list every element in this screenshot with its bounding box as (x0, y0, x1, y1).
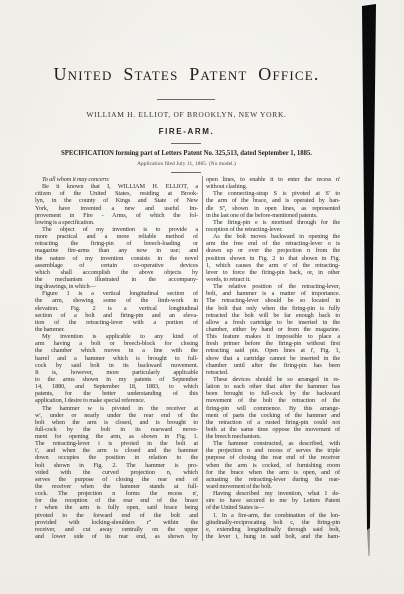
text-line: bolt shown in Fig. 2. The hammer is pro- (35, 462, 198, 469)
text-line: the projection n and recess n' serves th… (206, 447, 340, 454)
text-line: words, to retract it. (206, 276, 340, 283)
text-column-left: To all whom it may concern:Be it known t… (35, 176, 198, 541)
text-line: the hammer. (35, 326, 198, 333)
patent-document-page: United States Patent Office. WILLIAM H. … (0, 0, 404, 594)
text-line: 1, which causes the arm o' of the retrac… (206, 262, 340, 269)
text-line: for the brace when the arm is open, and … (206, 469, 340, 476)
text-line: purpose of closing the rear end of the r… (206, 454, 340, 461)
page-title: United States Patent Office. (35, 64, 338, 85)
text-line: lever to force the firing-pin back, or, … (206, 269, 340, 276)
text-line: York, have invented a new and useful Im-… (35, 205, 198, 212)
text-line: full-cock by the bolt in its rearward mo… (35, 426, 198, 433)
text-line: in the last one of the before-mentioned … (206, 212, 340, 219)
text-line: the bolt that only when the firing-pin i… (206, 305, 340, 312)
text-line: retracting said pin. Open lines at i', F… (206, 347, 340, 354)
text-line: ward movement of the bolt.95 (206, 483, 340, 490)
text-line: down occupies the position in relation t… (35, 454, 198, 461)
text-line: provided with locking-shoulders r'' with… (35, 519, 198, 526)
text-line: bolt when the arm is closed, and is brou… (35, 419, 198, 426)
text-line: the arm, showing some of the limb-work i… (35, 297, 198, 304)
text-line: Having described my invention, what I de… (206, 490, 340, 497)
text-line: the nature of my invention consists in t… (35, 255, 198, 262)
text-line: and lower side of its rear end, as shown… (35, 533, 198, 540)
text-line: drawn up or over the projection n from t… (206, 247, 340, 254)
text-line: the breech mechanism. (206, 433, 340, 440)
text-line: This feature makes it impossible to plac… (206, 333, 340, 340)
text-line: lyn, in the county of Kings and State of… (35, 197, 198, 204)
text-line: dle S'', shown in open lines, as represe… (206, 205, 340, 212)
text-line: Be it known that I, WILLIAM H. ELLIOT, a (35, 183, 198, 190)
text-line: The hammer constructed, as described, wi… (206, 440, 340, 447)
text-line: The object of my invention is to provide… (35, 226, 198, 233)
text-line: citizen of the United States, residing a… (35, 190, 198, 197)
text-line: receiver, and cut away centrally on the … (35, 526, 198, 533)
two-column-text-block: To all whom it may concern:Be it known t… (35, 176, 340, 541)
text-line: more practical and a more reliable metho… (35, 233, 198, 240)
text-line: cock. The projection n forms the recess … (35, 490, 198, 497)
text-line: lowing is a specification. (35, 219, 198, 226)
text-line: retracting the firing-pin of breech-load… (35, 240, 198, 247)
text-line: These devices should be so arranged in r… (206, 376, 340, 383)
text-line: the receiver when the hammer stands at f… (35, 483, 198, 490)
text-line: ment for opening the arm, as shown in Fi… (35, 433, 198, 440)
text-line: arm having a bolt or breech-block for cl… (35, 340, 198, 347)
text-line: retracted. (206, 369, 340, 376)
text-line: arm the free end of the retracting-lever… (206, 240, 340, 247)
text-line: 1. In a fire-arm, the combination of the… (206, 512, 340, 519)
text-line: r when the arm is fully open, said brace… (35, 504, 198, 511)
text-line: to the arms shown in my patents of Septe… (35, 376, 198, 383)
text-line: patents, for the better understanding of… (35, 390, 198, 397)
text-line: assemblage of certain co-operative devic… (35, 262, 198, 269)
text-line: My invention is applicable to any kind o… (35, 333, 198, 340)
text-line: the lever i, hung in said bolt, and the … (206, 533, 340, 540)
text-line: application, I desire to make special re… (35, 397, 198, 404)
text-line: The firing-pin e is mortised through for… (206, 219, 340, 226)
text-line: the chamber which moves in a line with t… (35, 347, 198, 354)
text-line: the retraction of a rusted firing-pin co… (206, 419, 340, 426)
text-line: movement of the bolt the retraction of t… (206, 397, 340, 404)
text-line: pivoted to the forward end of the bolt a… (35, 512, 198, 519)
text-line: both at the same time oppose the movemen… (206, 426, 340, 433)
text-line: The retracting-lever should be so locate… (206, 297, 340, 304)
text-line: chamber, either by hand or from the maga… (206, 326, 340, 333)
text-line: 14, 1880, and September 18, 1883, to whi… (35, 383, 198, 390)
text-line: the mechanism illustrated in the accompa… (35, 276, 198, 283)
text-line: cock by said bolt in its backward moveme… (35, 362, 198, 369)
text-line: the arm of the brace, and is operated by… (206, 197, 340, 204)
text-line: which shall accomplish the above objects… (35, 269, 198, 276)
text-line: ment of parts the cocking of the hammer … (206, 412, 340, 419)
text-line: retracted the bolt will be far enough ba… (206, 312, 340, 319)
text-line: section of a bolt and firing-pin and an … (35, 312, 198, 319)
text-line: when the arm is cocked, of furnishing ro… (206, 462, 340, 469)
text-column-right: open lines, to enable it to enter the re… (206, 176, 340, 541)
scan-gutter-bar (356, 0, 382, 594)
text-line: provement in Fire - Arms, of which the f… (35, 212, 198, 219)
text-line: lation to each other that after the hamm… (206, 383, 340, 390)
text-line: chamber until after the firing-pin has b… (206, 362, 340, 369)
text-line: open lines, to enable it to enter the re… (206, 176, 340, 183)
text-line: vided with the curved projection n, whic… (35, 469, 198, 476)
column-divider (202, 176, 203, 541)
text-line: bolt, and hammer is a matter of importan… (206, 290, 340, 297)
text-line: position shown in Fig. 2 to that shown i… (206, 255, 340, 262)
divider-rule (171, 172, 201, 173)
text-line: Figure 1 is a vertical longitudinal sect… (35, 290, 198, 297)
text-line: As the bolt moves backward in opening th… (206, 233, 340, 240)
text-line: The relative position of the retracting-… (206, 283, 340, 290)
text-line: fresh primer before the firing-pin witho… (206, 340, 340, 347)
text-line: To all whom it may concern: (35, 176, 198, 183)
text-line: sire to have secured to me by Letters Pa… (206, 497, 340, 504)
text-line: It is, however, more particularly applic… (35, 369, 198, 376)
text-line: allow a fresh cartridge to be inserted i… (206, 319, 340, 326)
text-line: e, extending longitudinally through said… (206, 526, 340, 533)
text-line: w', under or nearly under the rear end o… (35, 412, 198, 419)
text-line: of the United States is— (206, 504, 340, 511)
text-line: show that a cartridge cannot be inserted… (206, 355, 340, 362)
text-line: magazine fire-arms than any now in use; … (35, 247, 198, 254)
text-line: The retracting-lever i is pivoted in the… (35, 440, 198, 447)
text-line: been brought to full-cock by the backwar… (206, 390, 340, 397)
text-line: barrel and a hammer which is brought to … (35, 355, 198, 362)
text-line: ing drawings, in which— (35, 283, 198, 290)
text-line: The connecting-strap S is pivoted at S' … (206, 190, 340, 197)
text-line: i', and when the arm is closed and the h… (35, 447, 198, 454)
text-line: reception of the retracting-lever. (206, 226, 340, 233)
text-line: firing-pin will commence. By this arrang… (206, 405, 340, 412)
invention-title: FIRE-ARM. (35, 127, 338, 136)
text-line: gitudinally-reciprocating bolt c, the fi… (206, 519, 340, 526)
text-line: tion of the retracting-lever with a port… (35, 319, 198, 326)
text-line: without clashing. (206, 183, 340, 190)
text-line: elevation. Fig. 2 is a vertical longitud… (35, 305, 198, 312)
text-line: serves the purpose of closing the rear e… (35, 476, 198, 483)
divider-rule (157, 99, 215, 100)
inventor-line: WILLIAM H. ELLIOT, OF BROOKLYN, NEW YORK… (35, 110, 338, 119)
specification-line: SPECIFICATION forming part of Letters Pa… (35, 150, 338, 157)
text-line: for the reception of the rear end of the… (35, 497, 198, 504)
divider-rule (171, 143, 201, 144)
text-line: The hammer w is pivoted in the receiver … (35, 405, 198, 412)
application-line: Application filed July 11, 1885. (No mod… (35, 161, 338, 167)
text-line: actuating the retracting-lever during th… (206, 476, 340, 483)
